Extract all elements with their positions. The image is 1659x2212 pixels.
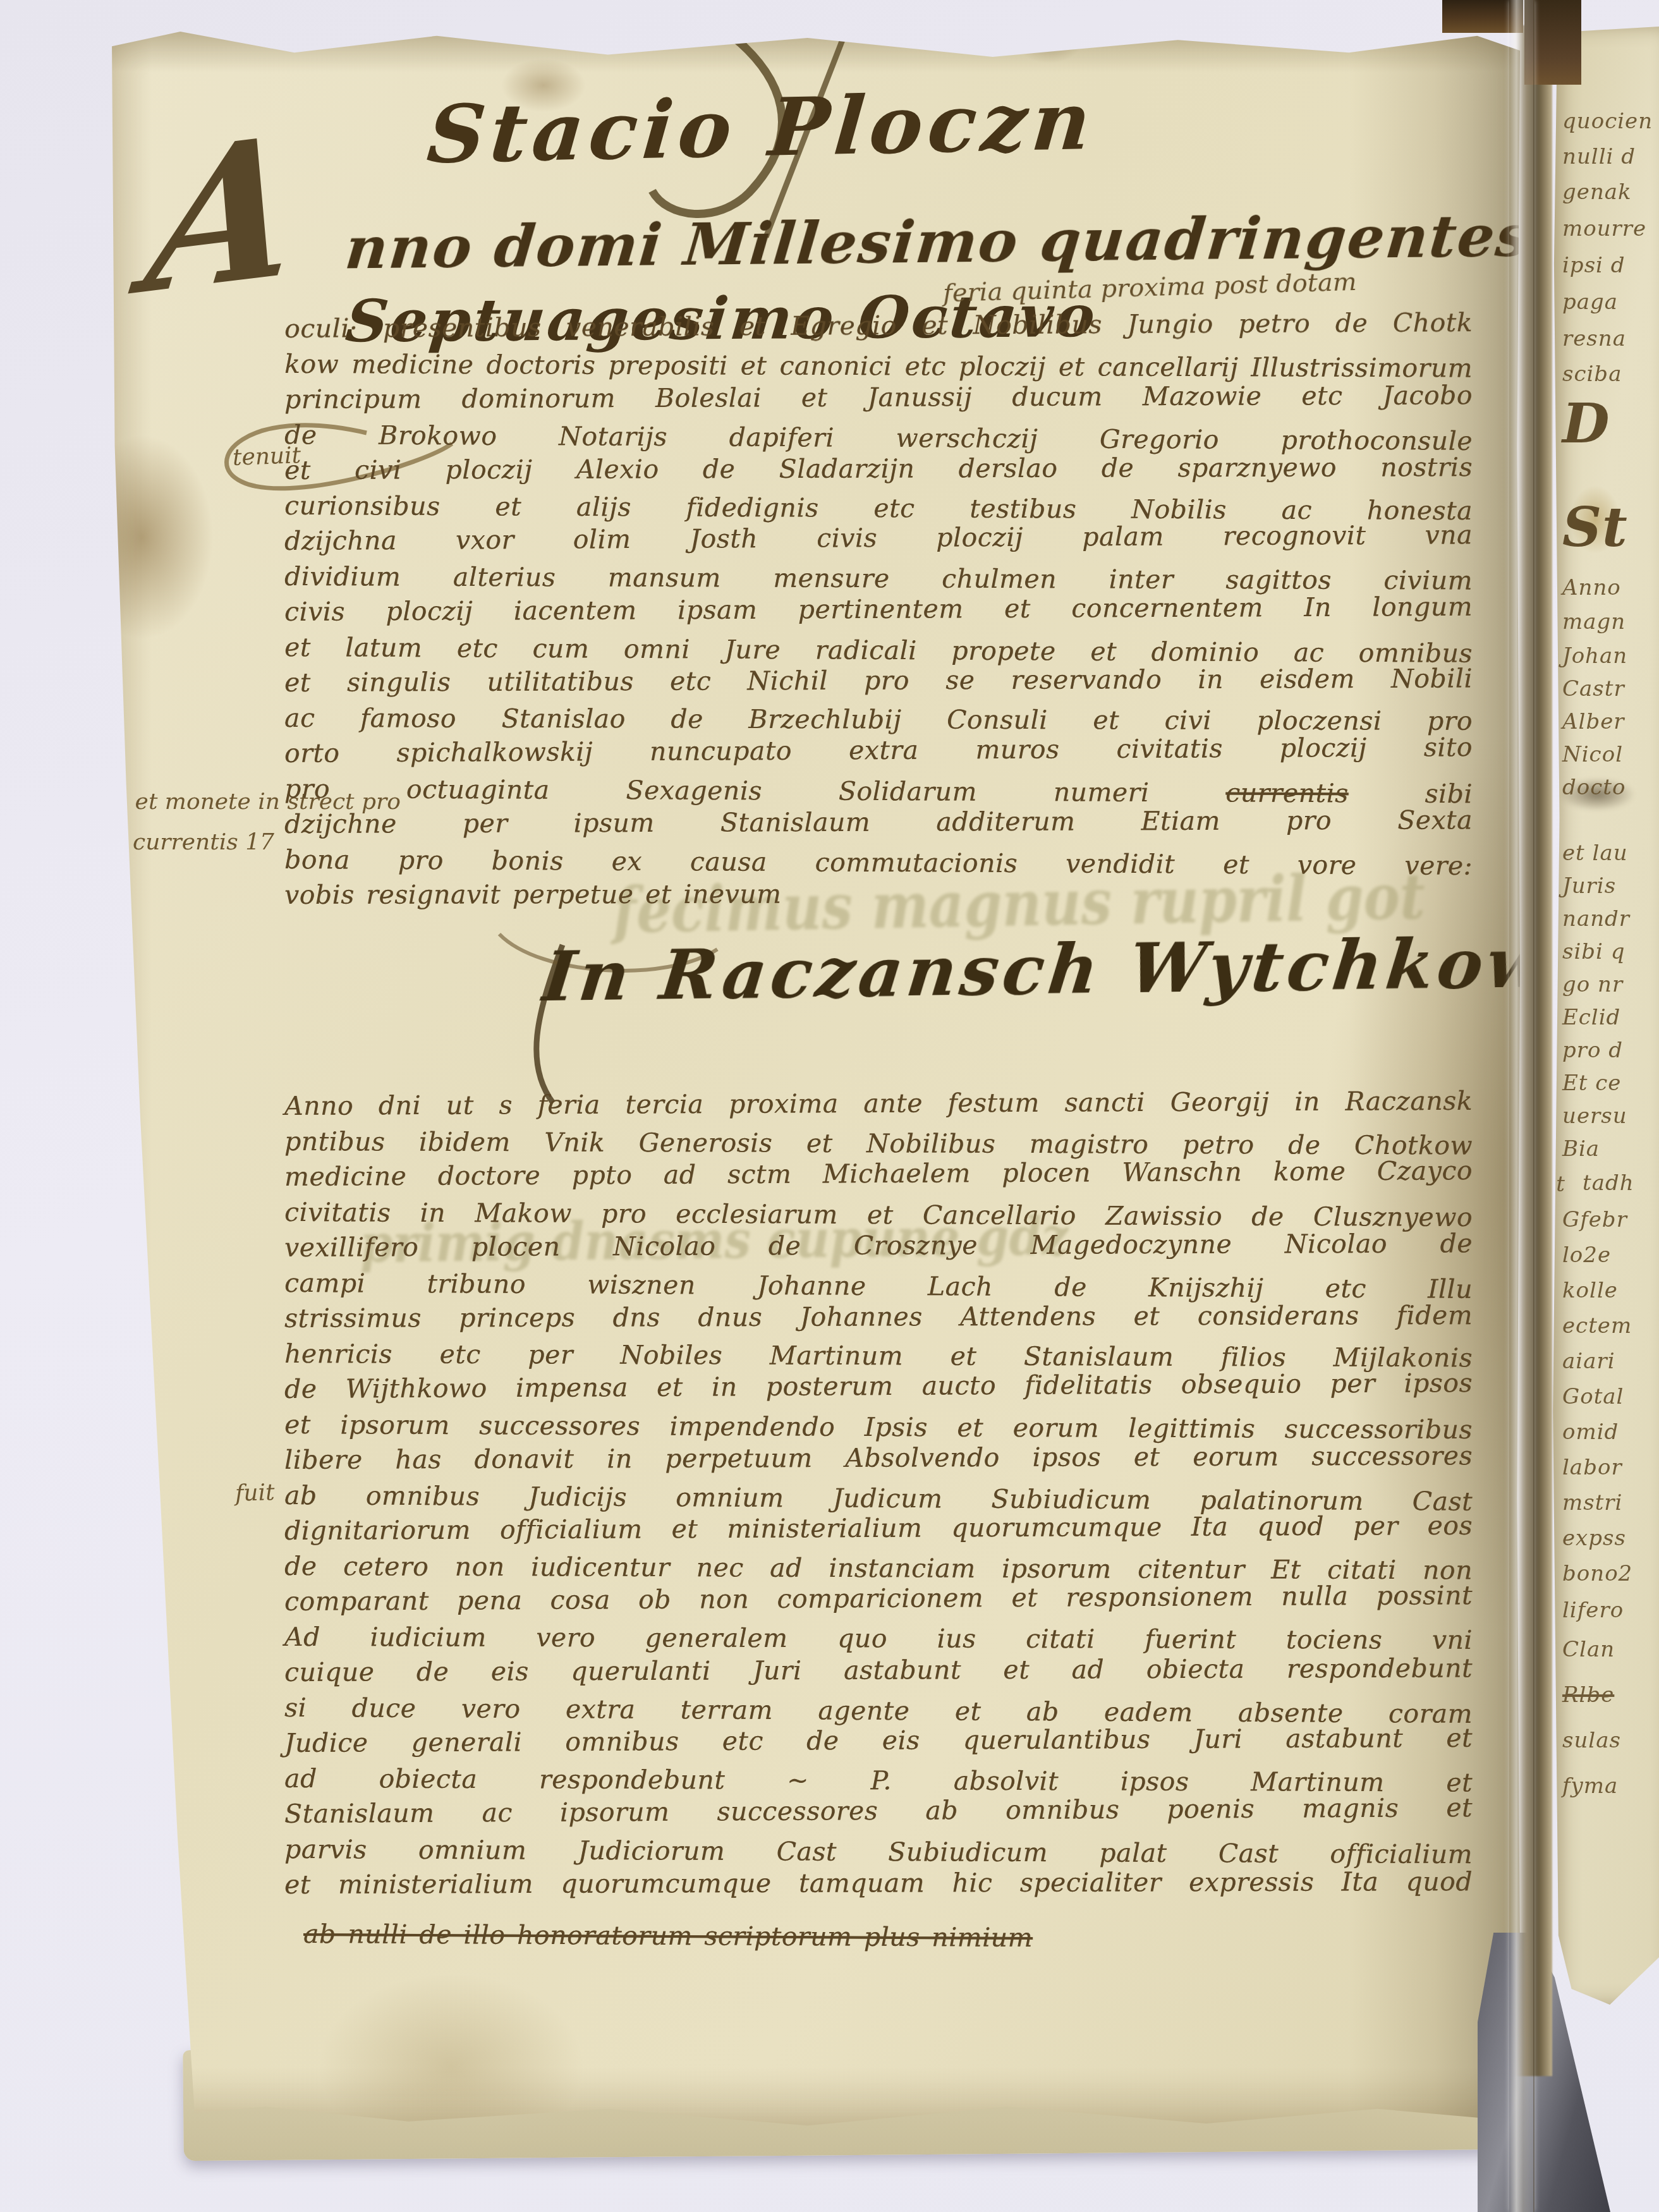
facing-page-line-fragment: tadh: [1583, 1170, 1634, 1196]
facing-page-line-fragment: ipsi d: [1562, 253, 1626, 278]
manuscript-line: Anno dni ut s feria tercia proxima ante …: [284, 1087, 1473, 1121]
heading-initial-letter: A: [139, 109, 309, 320]
facing-page-line-fragment: mstri: [1562, 1490, 1622, 1516]
struck-final-line: ab nulli de illo honoratorum scriptorum …: [303, 1920, 1327, 1954]
manuscript-line: dzijchne per ipsum Stanislaum additerum …: [284, 806, 1473, 839]
facing-page-line-fragment: pro d: [1562, 1038, 1623, 1063]
facing-page-line-fragment: mourre: [1562, 216, 1646, 241]
heading-year-line: nno domi Millesimo quadringentesimo: [343, 200, 1659, 283]
facing-page-line-fragment: labor: [1562, 1455, 1622, 1480]
facing-page-line-fragment: expss: [1562, 1526, 1626, 1551]
manuscript-line: Judice generali omnibus etc de eis queru…: [284, 1724, 1473, 1758]
scanner-bed: quocien nulli d genak mourre ipsi d paga…: [0, 0, 1659, 2212]
facing-page-line-fragment: sciba: [1562, 362, 1622, 387]
facing-page-line-fragment: Et ce: [1562, 1071, 1621, 1096]
manuscript-line: comparant pena cosa ob non comparicionem…: [284, 1581, 1473, 1616]
facing-page-initial: D: [1562, 392, 1610, 456]
line-text: pro octuaginta Sexagenis Solidarum numer…: [284, 774, 1225, 808]
facing-page-line-fragment: omid: [1562, 1419, 1619, 1445]
manuscript-line: dividium alterius mansum mensure chulmen…: [284, 562, 1473, 595]
manuscript-line: kow medicine doctoris prepositi et canon…: [284, 350, 1473, 383]
facing-page-line-fragment: magn: [1562, 609, 1626, 635]
facing-page-heading-fragment: St: [1562, 495, 1628, 559]
manuscript-page: fecimus magnus rupril got primig dnasms …: [95, 25, 1520, 2130]
margin-note-fuit: fuit: [234, 1480, 275, 1507]
facing-page-line-fragment: kolle: [1562, 1278, 1618, 1303]
manuscript-line: libere has donavit in perpetuum Absolven…: [284, 1442, 1473, 1474]
manuscript-line: strissimus princeps dns dnus Johannes At…: [284, 1301, 1473, 1333]
manuscript-line: vobis resignavit perpetue et inevum: [284, 879, 1473, 909]
manuscript-line: de Brokowo Notarijs dapiferi werschczij …: [284, 421, 1473, 456]
facing-page-line-fragment: Nicol: [1562, 742, 1623, 767]
manuscript-line: campi tribuno wisznen Johanne Lach de Kn…: [284, 1269, 1473, 1304]
facing-page-line-fragment: quocien: [1562, 109, 1653, 134]
manuscript-line: ac famoso Stanislao de Brzechlubij Consu…: [284, 704, 1473, 736]
manuscript-line: et latum etc cum omni Jure radicali prop…: [284, 633, 1473, 668]
page-title: Stacio Ploczn: [424, 74, 1099, 181]
manuscript-line: parvis omnium Judiciorum Cast Subiudicum…: [284, 1835, 1473, 1869]
facing-page-line-fragment: Castr: [1562, 676, 1625, 702]
struck-word: currentis: [1225, 777, 1349, 808]
manuscript-line: ad obiecta respondebunt ~ P. absolvit ip…: [284, 1765, 1473, 1797]
facing-page-line-fragment: ectem: [1562, 1313, 1632, 1339]
manuscript-line: cuique de eis querulanti Juri astabunt e…: [284, 1654, 1473, 1687]
manuscript-line: et ministerialium quorumcumque tamquam h…: [284, 1868, 1473, 1899]
facing-page-line-fragment: resna: [1562, 326, 1626, 351]
manuscript-line: Stanislaum ac ipsorum successores ab omn…: [284, 1794, 1473, 1828]
facing-page-line-fragment: Johan: [1562, 643, 1627, 669]
facing-page-sliver: quocien nulli d genak mourre ipsi d paga…: [1550, 27, 1659, 2005]
manuscript-line: Ad iudicium vero generalem quo ius citat…: [284, 1623, 1473, 1655]
manuscript-line: civitatis in Makow pro ecclesiarum et Ca…: [284, 1198, 1473, 1232]
facing-page-line-fragment: fyma: [1562, 1773, 1618, 1799]
facing-page-line-fragment: Eclid: [1562, 1005, 1620, 1030]
facing-page-line-fragment: sibi q: [1562, 939, 1626, 964]
manuscript-line: et ipsorum successores impendendo Ipsis …: [284, 1411, 1473, 1444]
facing-page-line-fragment: go nr: [1562, 972, 1623, 997]
facing-page-struck-fragment: Rlbe: [1562, 1682, 1614, 1708]
manuscript-line: henricis etc per Nobiles Martinum et Sta…: [284, 1340, 1473, 1373]
facing-page-line-fragment: docto: [1562, 775, 1626, 800]
facing-page-line-fragment: Juris: [1562, 873, 1616, 899]
facing-page-line-fragment: Gotal: [1562, 1384, 1624, 1409]
facing-page-line-fragment: nandr: [1562, 906, 1630, 932]
manuscript-line: orto spichalkowskij nuncupato extra muro…: [284, 733, 1473, 768]
facing-page-line-fragment: Anno: [1562, 575, 1621, 600]
facing-page-line-fragment: Clan: [1562, 1637, 1615, 1662]
manuscript-line: dzijchna vxor olim Josth civis ploczij p…: [284, 521, 1473, 556]
entry-paragraph-2: Anno dni ut s feria tercia proxima ante …: [284, 1092, 1473, 1990]
facing-page-line-fragment: Gfebr: [1562, 1207, 1627, 1232]
facing-page-line-fragment: genak: [1562, 179, 1632, 205]
facing-page-line-fragment: lo2e: [1562, 1243, 1611, 1268]
manuscript-line: vexillifero plocen Nicolao de Crosznye M…: [284, 1229, 1473, 1262]
entry-paragraph-1: oculi· presentibus venerabilis et Egregi…: [284, 315, 1473, 947]
manuscript-line: principum dominorum Boleslai et Janussij…: [284, 381, 1473, 414]
facing-page-line-fragment: bono2: [1562, 1561, 1632, 1586]
manuscript-line: et civi ploczij Alexio de Sladarzijn der…: [284, 453, 1473, 485]
manuscript-line: de Wijthkowo impensa et in posterum auct…: [284, 1369, 1473, 1404]
manuscript-line-with-deletion: pro octuaginta Sexagenis Solidarum numer…: [284, 775, 1473, 808]
facing-page-line-fragment: aiari: [1562, 1349, 1615, 1374]
facing-page-line-fragment: et lau: [1562, 841, 1628, 866]
facing-page-line-fragment: uersu: [1562, 1103, 1627, 1129]
facing-page-line-fragment: Bia: [1562, 1136, 1600, 1162]
facing-page-line-fragment: paga: [1562, 289, 1618, 315]
manuscript-line: civis ploczij iacentem ipsam pertinentem…: [284, 593, 1473, 626]
manuscript-line: et singulis utilitatibus etc Nichil pro …: [284, 664, 1473, 697]
margin-note-currentis: currentis 17: [133, 829, 274, 855]
manuscript-line: bona pro bonis ex causa commutacionis ve…: [284, 846, 1473, 880]
facing-page-line-fragment: lifero: [1562, 1598, 1624, 1623]
facing-page-line-fragment: sulas: [1562, 1728, 1621, 1753]
manuscript-line: dignitariorum officialium et ministerial…: [284, 1512, 1473, 1545]
facing-page-line-fragment: Alber: [1562, 709, 1625, 734]
glass-plate-edge: [1509, 0, 1534, 2212]
facing-page-line-fragment: nulli d: [1562, 144, 1636, 169]
manuscript-line: medicine doctore ppto ad sctm Michaelem …: [284, 1157, 1473, 1191]
manuscript-line: de cetero non iudicentur nec ad instanci…: [284, 1552, 1473, 1585]
manuscript-line: pntibus ibidem Vnik Generosis et Nobilib…: [284, 1127, 1473, 1160]
manuscript-line: oculi· presentibus venerabilis et Egregi…: [284, 308, 1473, 343]
